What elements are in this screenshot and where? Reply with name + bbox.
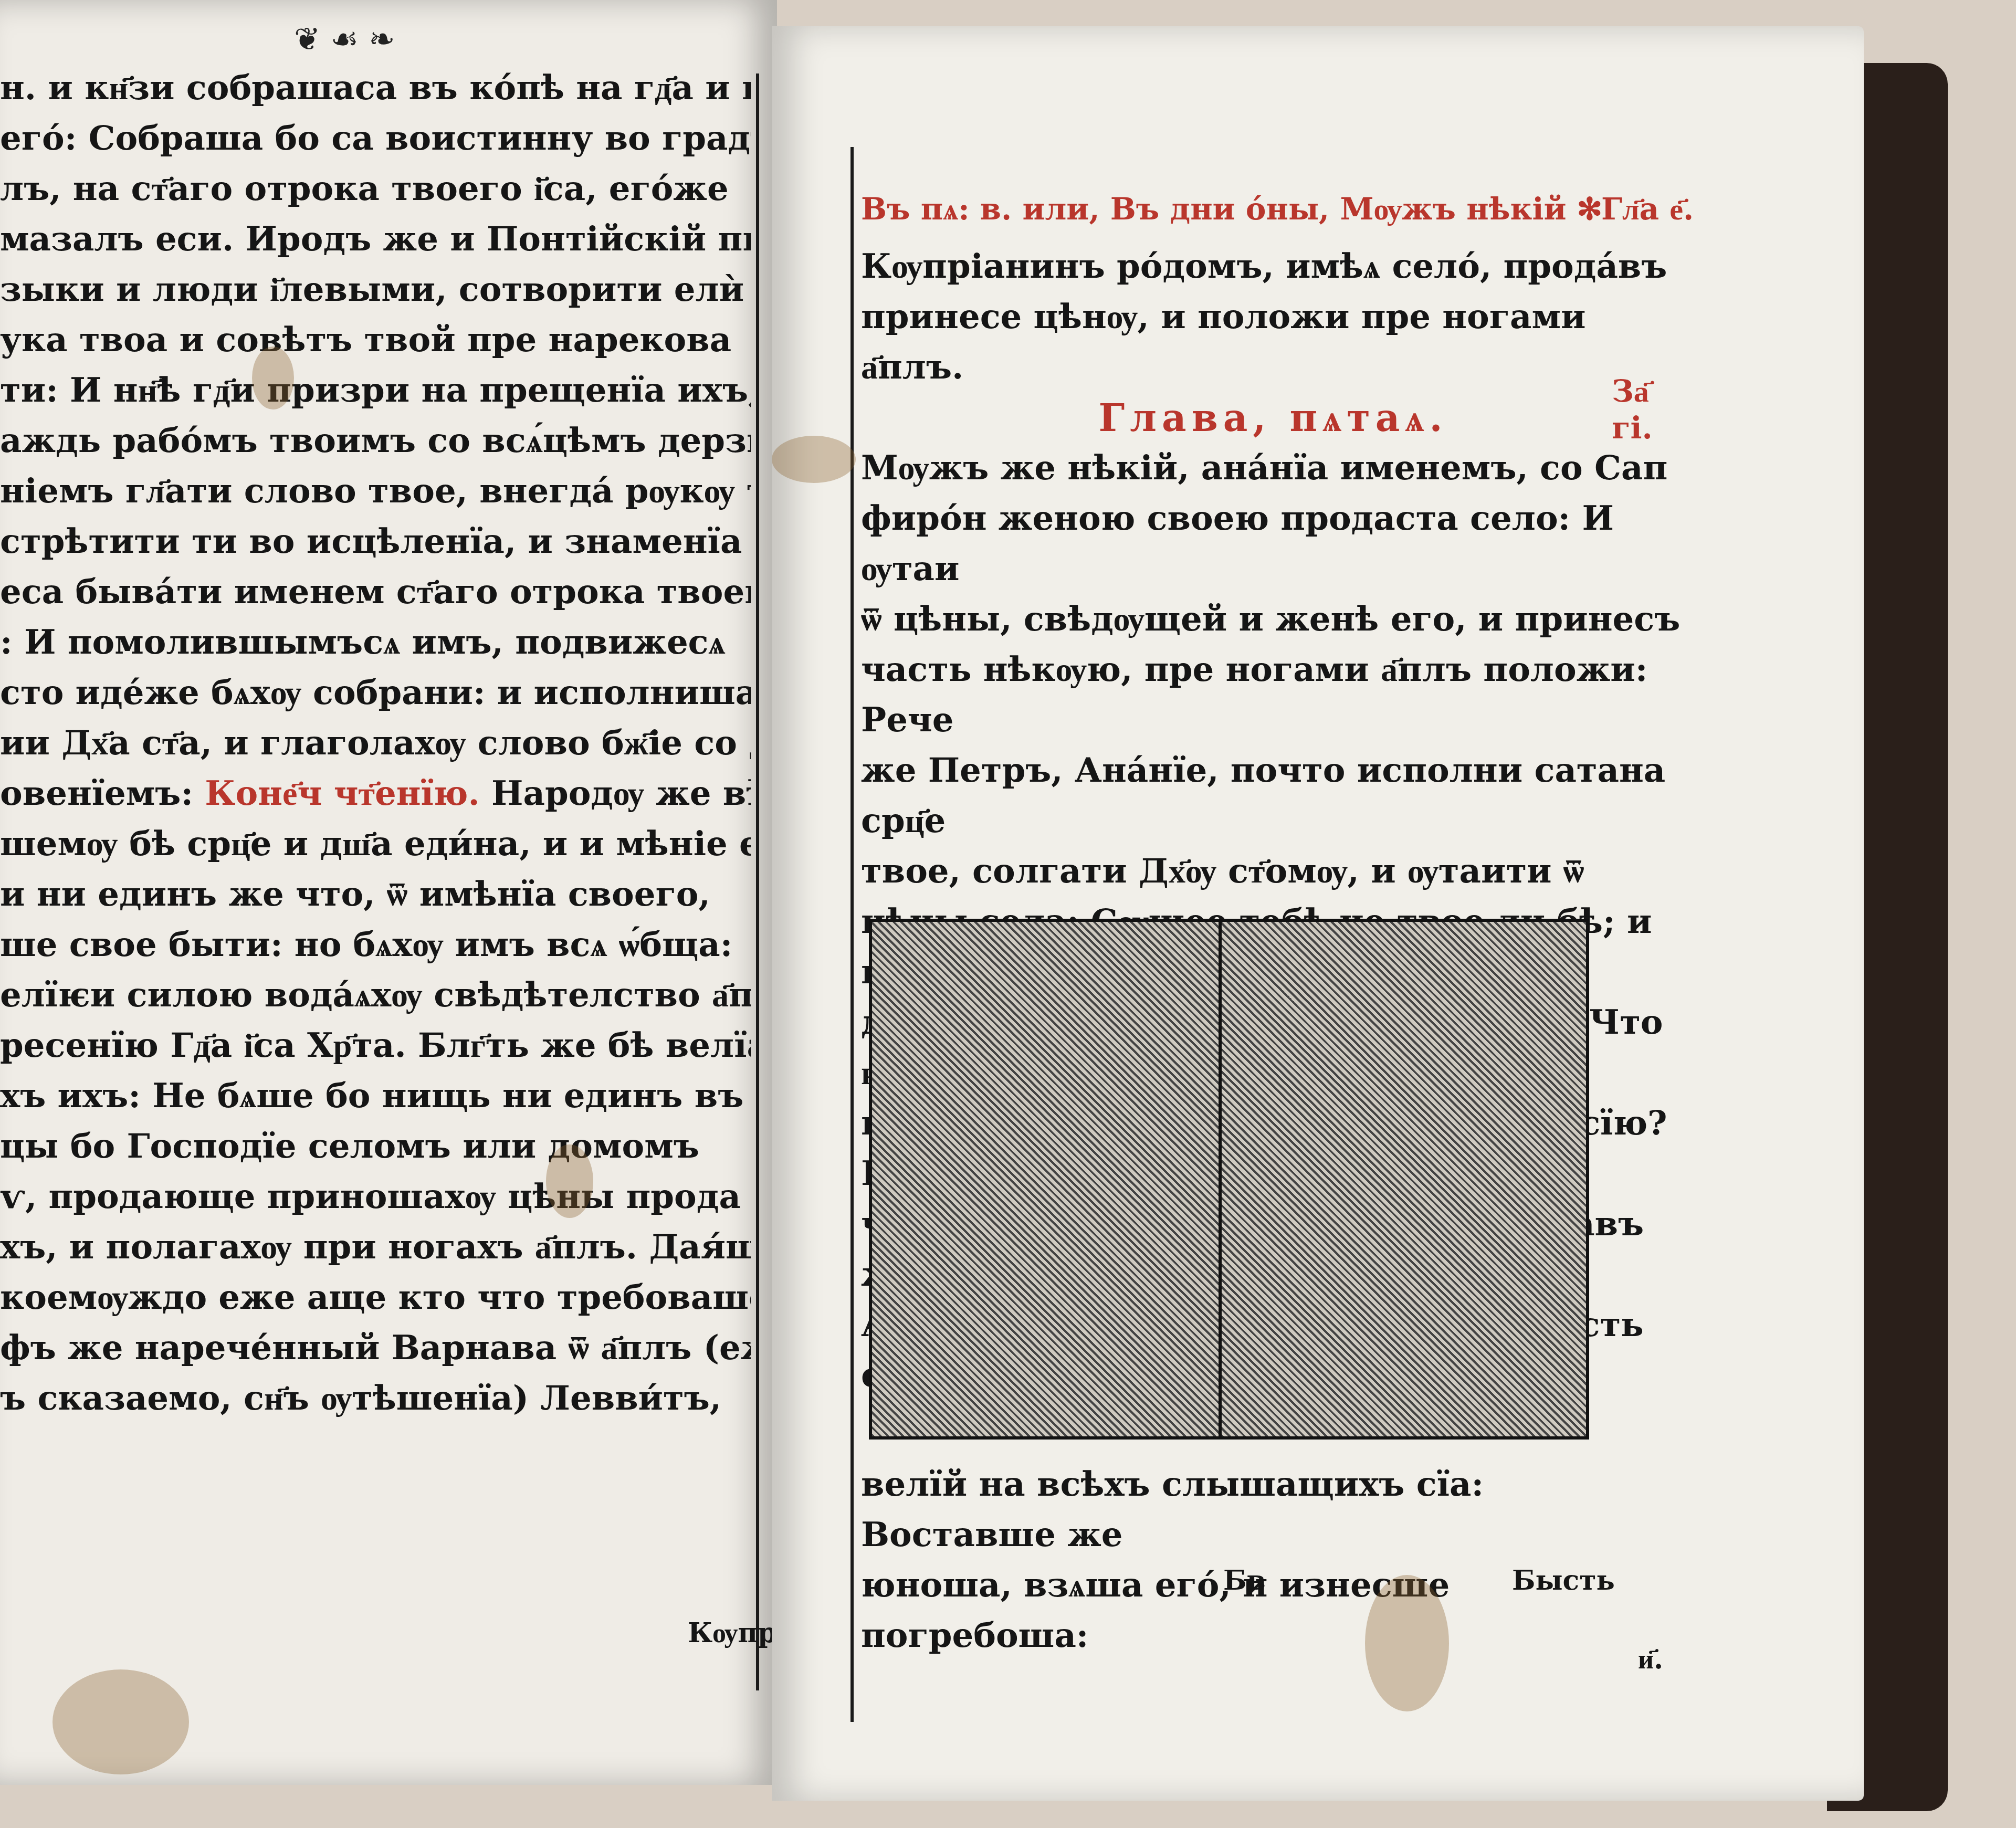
text-line: еса быва́ти именем ст҃аго отрока твоего — [0, 567, 751, 617]
text-line: хъ, и полагахѹ при ногахъ а҃плъ. Дая́ше — [0, 1222, 751, 1273]
text-line: лъ, на ст҃аго отрока твоего і҃са, его́же — [0, 164, 751, 214]
text-line: ніемъ гл҃ати слово твое, внегда́ рѹкѹ тв… — [0, 466, 751, 517]
text-line: ресенїю Гд҃а і҃са Хр҃та. Блг҃ть же бѣ ве… — [0, 1021, 751, 1071]
stain — [772, 436, 856, 483]
text-line: твое, солгати Дх҃ѹ ст҃омѹ, и ѹтаити ѿ — [861, 846, 1685, 897]
text-line: н. и кн҃зи собрашаса въ ко́пѣ на гд҃а и … — [0, 63, 751, 113]
left-page-text: н. и кн҃зи собрашаса въ ко́пѣ на гд҃а и … — [0, 63, 751, 1424]
text-span: овенїемъ: — [0, 774, 193, 813]
text-line: принесе цѣнѹ, и положи пре ногами а҃плъ. — [861, 292, 1685, 393]
text-line: Мѹжъ же нѣкій, ана́нїа именемъ, со Сап — [861, 443, 1685, 493]
text-line: ѿ цѣны, свѣдѹщей и женѣ его, и принесъ — [861, 594, 1685, 645]
text-line: шемѹ бѣ срц҃е и дш҃а еди́на, и и мѣніе е… — [0, 819, 751, 869]
text-line: велїй на всѣхъ слышащихъ сїа: Воставше ж… — [861, 1459, 1685, 1560]
text-line: цы бо Господїе селомъ или домомъ — [0, 1121, 751, 1172]
text-span: Народѹ же вѣро — [491, 774, 751, 813]
text-line: фъ же нарече́нный Варнава ѿ а҃плъ (еже — [0, 1323, 751, 1373]
chapter-title: Глава, пѧтаѧ. — [861, 393, 1685, 443]
chapter-side-label: Гл҃а е҃. — [1601, 184, 1694, 234]
text-line: ии Дх҃а ст҃а, и глаголахѹ слово бж҃іе со… — [0, 718, 751, 769]
right-page-bottom-text: велїй на всѣхъ слышащихъ сїа: Воставше ж… — [861, 1459, 1685, 1661]
text-line: стрѣтити ти во исцѣленїа, и знаменїа и — [0, 517, 751, 567]
stain — [252, 346, 294, 409]
text-line: ти: И нн҃ѣ гд҃и призри на прещенїа ихъ, — [0, 365, 751, 416]
signature-mark: Бв — [1223, 1564, 1266, 1596]
stain — [1365, 1575, 1449, 1711]
text-line: овенїемъ: Коне҃ч чт҃енїю. Народѹ же вѣро — [0, 769, 751, 819]
text-line: фиро́н женою своею продаста село: И ѹтаи — [861, 493, 1685, 594]
text-line: ука твоа и совѣтъ твой пре нарекова — [0, 315, 751, 365]
text-line: елїѥи силою вода́ѧхѹ свѣдѣтелство а҃пли — [0, 970, 751, 1021]
text-line: аждь рабо́мъ твоимъ со всѧ́цѣмъ дерзно — [0, 416, 751, 466]
left-page: ❦ ☙ ❧ н. и кн҃зи собрашаса въ ко́пѣ на г… — [0, 0, 777, 1785]
text-line: мазалъ еси. Иродъ же и Понтійскій пила́т… — [0, 214, 751, 265]
text-line: его́: Собраша бо са воистинну во градѣ — [0, 113, 751, 164]
right-page: Въ пѧ: в. или, Въ дни о́ны, Мѹжъ нѣкій ✻… — [772, 26, 1864, 1801]
text-line: хъ ихъ: Не бѧше бо нищь ни единъ въ ни — [0, 1071, 751, 1121]
right-catchword: Бысть — [1512, 1564, 1615, 1596]
text-line: ше свое быти: но бѧхѹ имъ всѧ ѡ́бща: — [0, 920, 751, 970]
text-line: ъ сказаемо, сн҃ъ ѹтѣшенїа) Левви́тъ, — [0, 1373, 751, 1424]
folio-number: и҃. — [1638, 1643, 1663, 1675]
text-line: часть нѣкѹю, пре ногами а҃плъ положи: Ре… — [861, 645, 1685, 745]
text-line: Кѹпріанинъ ро́домъ, имѣѧ село́, прода́въ — [861, 241, 1685, 292]
ornament-icon: ❦ ☙ ❧ — [294, 21, 395, 58]
text-line: ѵ, продающе приношахѹ цѣны прода — [0, 1172, 751, 1222]
text-line: : И помолившымъсѧ имъ, подвижесѧ — [0, 617, 751, 668]
text-line: и ни единъ же что, ѿ имѣнїа своего, — [0, 869, 751, 920]
red-insert: Коне҃ч чт҃енїю. — [205, 774, 479, 813]
text-line: коемѹждо еже аще кто что требоваше: — [0, 1273, 751, 1323]
text-line: же Петръ, Ана́нїе, почто исполни сатана … — [861, 745, 1685, 846]
stain — [52, 1669, 189, 1774]
text-line: зыки и люди і҃левыми, сотворити елѝ — [0, 265, 751, 315]
woodcut-divider — [1219, 922, 1222, 1436]
text-line: сто иде́же бѧхѹ собрани: и исполнишасѧ — [0, 668, 751, 718]
stain — [546, 1144, 593, 1218]
woodcut-illustration — [869, 919, 1589, 1440]
